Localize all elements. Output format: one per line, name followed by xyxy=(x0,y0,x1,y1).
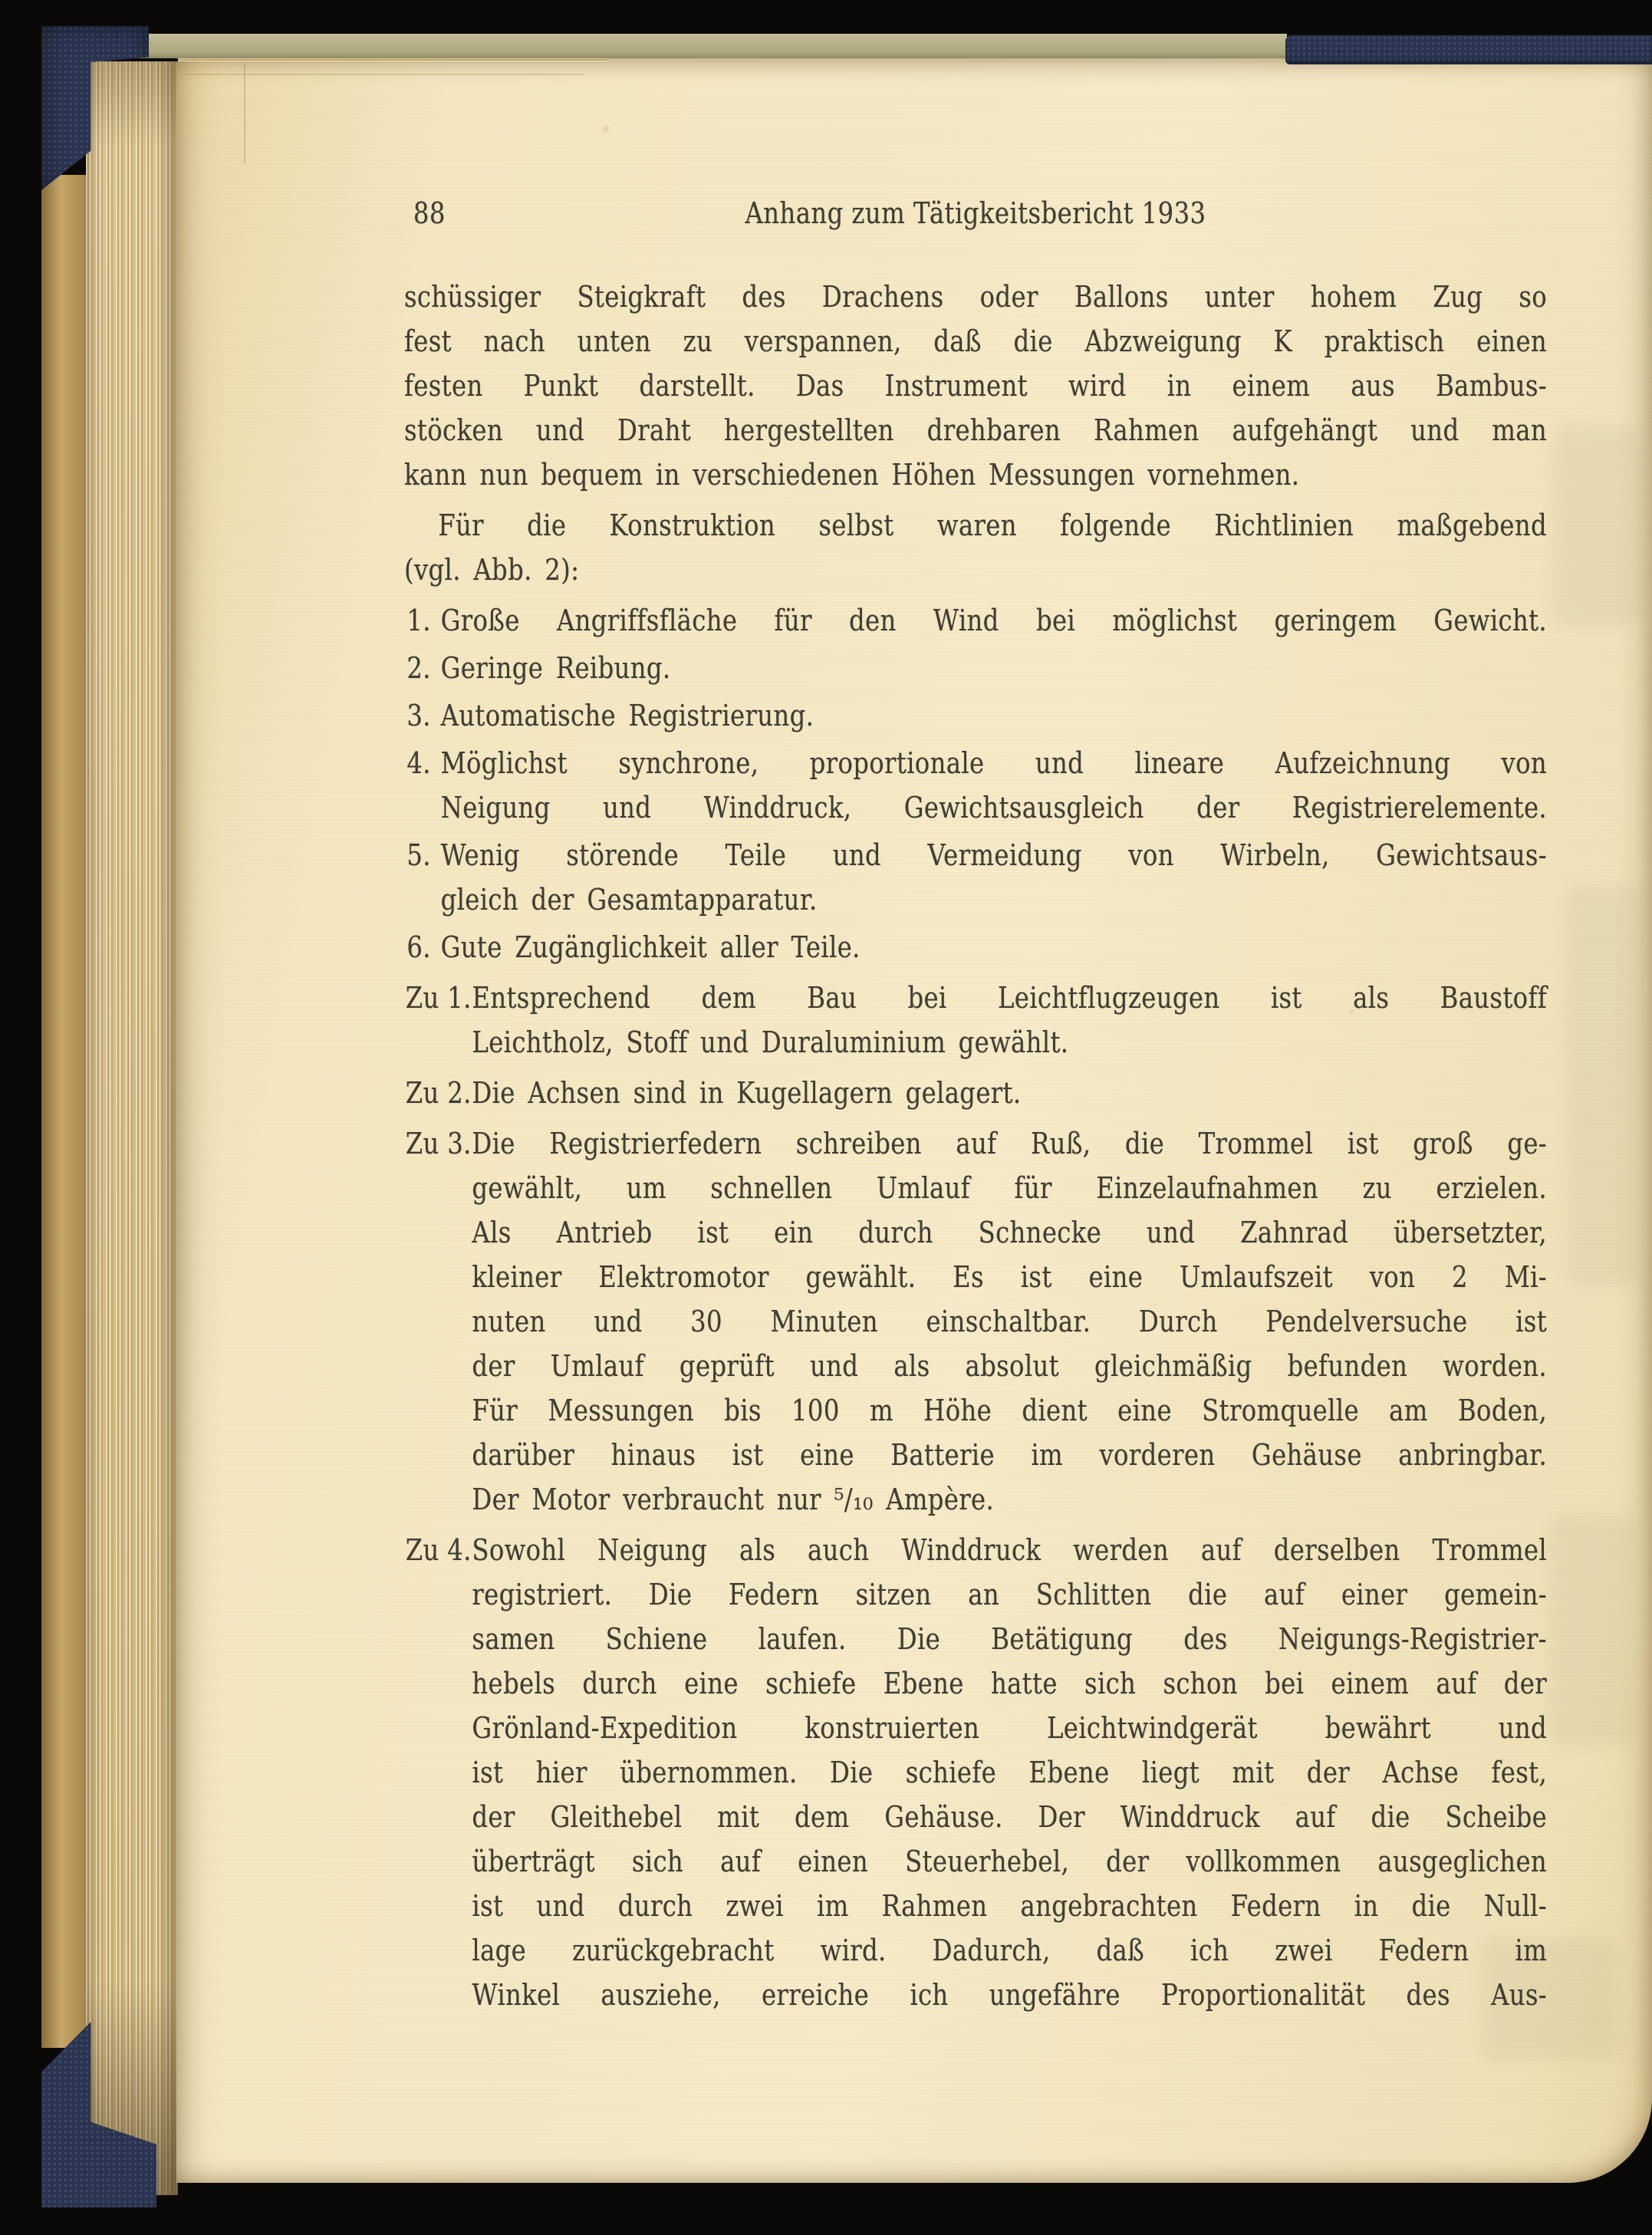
page-stack-fore-edge xyxy=(86,61,178,2195)
text-line: Automatische Registrierung. xyxy=(441,693,1547,738)
guideline-number: 2. xyxy=(406,646,431,690)
note-item: Zu 2.Die Achsen sind in Kugellagern gela… xyxy=(404,1071,1547,1115)
text-line: Wenig störende Teile und Vermeidung von … xyxy=(441,833,1547,877)
text-line: ist hier übernommen. Die schiefe Ebene l… xyxy=(472,1750,1547,1795)
text-line: nuten und 30 Minuten einschaltbar. Durch… xyxy=(472,1299,1547,1344)
under-page-edge xyxy=(186,74,584,75)
text-line: festen Punkt darstellt. Das Instrument w… xyxy=(404,364,1547,408)
text-line: darüber hinaus ist eine Batterie im vord… xyxy=(472,1433,1547,1477)
book-scan: 88 Anhang zum Tätigkeitsbericht 1933 sch… xyxy=(0,0,1652,2235)
ink-bleed-smudge xyxy=(1553,426,1637,626)
guideline-item: 2.Geringe Reibung. xyxy=(404,646,1547,690)
text-line: überträgt sich auf einen Steuerhebel, de… xyxy=(472,1839,1547,1884)
text-line: Die Achsen sind in Kugellagern gelagert. xyxy=(472,1071,1547,1115)
text-line: Die Registrierfedern schreiben auf Ruß, … xyxy=(472,1121,1547,1166)
guideline-number: 1. xyxy=(406,598,431,643)
text-line: Für Messungen bis 100 m Höhe dient eine … xyxy=(472,1388,1547,1433)
text-line: gleich der Gesamtapparatur. xyxy=(441,877,1547,922)
text-line: Winkel ausziehe, erreiche ich ungefähre … xyxy=(472,1973,1547,2017)
text-line: samen Schiene laufen. Die Betätigung des… xyxy=(472,1617,1547,1661)
running-header: Anhang zum Tätigkeitsbericht 1933 xyxy=(404,196,1547,230)
guideline-item: 6.Gute Zugänglichkeit aller Teile. xyxy=(404,925,1547,969)
text-line: hebels durch eine schiefe Ebene hatte si… xyxy=(472,1661,1547,1706)
text-line: stöcken und Draht hergestellten drehbare… xyxy=(404,408,1547,453)
text-line: Grönland-Expedition konstruierten Leicht… xyxy=(472,1706,1547,1750)
text-line: Für die Konstruktion selbst waren folgen… xyxy=(404,503,1547,548)
guideline-item: 5.Wenig störende Teile und Vermeidung vo… xyxy=(404,833,1547,922)
text-line: Neigung und Winddruck, Gewichtsausgleich… xyxy=(441,785,1547,830)
note-label: Zu 3. xyxy=(406,1121,472,1166)
text-line: Große Angriffsfläche für den Wind bei mö… xyxy=(441,598,1547,643)
guideline-item: 3.Automatische Registrierung. xyxy=(404,693,1547,738)
text-line: der Umlauf geprüft und als absolut gleic… xyxy=(472,1344,1547,1388)
note-item: Zu 3.Die Registrierfedern schreiben auf … xyxy=(404,1121,1547,1522)
text-line: Entsprechend dem Bau bei Leichtflugzeuge… xyxy=(472,976,1547,1020)
note-label: Zu 2. xyxy=(406,1071,472,1115)
page-number: 88 xyxy=(413,196,446,230)
note-item: Zu 4.Sowohl Neigung als auch Winddruck w… xyxy=(404,1528,1547,2017)
text-line: Gute Zugänglichkeit aller Teile. xyxy=(441,925,1547,969)
paragraph: Für die Konstruktion selbst waren folgen… xyxy=(404,503,1547,592)
guideline-item: 4.Möglichst synchrone, proportionale und… xyxy=(404,741,1547,830)
guideline-item: 1.Große Angriffsfläche für den Wind bei … xyxy=(404,598,1547,643)
text-line: Leichtholz, Stoff und Duraluminium gewäh… xyxy=(472,1020,1547,1065)
book-top-edge-green xyxy=(127,34,1287,58)
guideline-number: 4. xyxy=(406,741,431,785)
note-item: Zu 1.Entsprechend dem Bau bei Leichtflug… xyxy=(404,976,1547,1065)
text-line: kleiner Elektromotor gewählt. Es ist ein… xyxy=(472,1255,1547,1299)
text-line: lage zurückgebracht wird. Dadurch, daß i… xyxy=(472,1928,1547,1973)
page-header: 88 Anhang zum Tätigkeitsbericht 1933 xyxy=(404,196,1547,230)
page-text: schüssiger Steigkraft des Drachens oder … xyxy=(404,275,1547,2017)
ink-bleed-smudge xyxy=(1566,887,1639,1285)
text-line: (vgl. Abb. 2): xyxy=(404,548,1547,592)
text-line: Geringe Reibung. xyxy=(441,646,1547,690)
text-line: Der Motor verbraucht nur ⁵/₁₀ Ampère. xyxy=(472,1477,1547,1522)
text-line: Möglichst synchrone, proportionale und l… xyxy=(441,741,1547,785)
text-line: fest nach unten zu verspannen, daß die A… xyxy=(404,319,1547,364)
text-line: Sowohl Neigung als auch Winddruck werden… xyxy=(472,1528,1547,1572)
text-line: registriert. Die Federn sitzen an Schlit… xyxy=(472,1572,1547,1617)
text-line: der Gleithebel mit dem Gehäuse. Der Wind… xyxy=(472,1795,1547,1839)
guideline-number: 3. xyxy=(406,693,431,738)
text-line: kann nun bequem in verschiedenen Höhen M… xyxy=(404,453,1547,497)
text-line: ist und durch zwei im Rahmen angebrachte… xyxy=(472,1884,1547,1928)
guideline-number: 6. xyxy=(406,925,431,969)
book-cover-tan-edge xyxy=(41,175,90,2048)
book-cover-top-right-edge xyxy=(1285,35,1652,64)
guideline-number: 5. xyxy=(406,833,431,877)
paragraph: schüssiger Steigkraft des Drachens oder … xyxy=(404,275,1547,497)
ink-bleed-smudge xyxy=(1549,1516,1634,1746)
note-label: Zu 1. xyxy=(406,976,472,1020)
under-page-edge xyxy=(244,63,245,164)
text-line: gewählt, um schnellen Umlauf für Einzela… xyxy=(472,1166,1547,1210)
text-line: Als Antrieb ist ein durch Schnecke und Z… xyxy=(472,1210,1547,1255)
note-label: Zu 4. xyxy=(406,1528,472,1572)
text-line: schüssiger Steigkraft des Drachens oder … xyxy=(404,275,1547,319)
book-page: 88 Anhang zum Tätigkeitsbericht 1933 sch… xyxy=(176,58,1652,2183)
